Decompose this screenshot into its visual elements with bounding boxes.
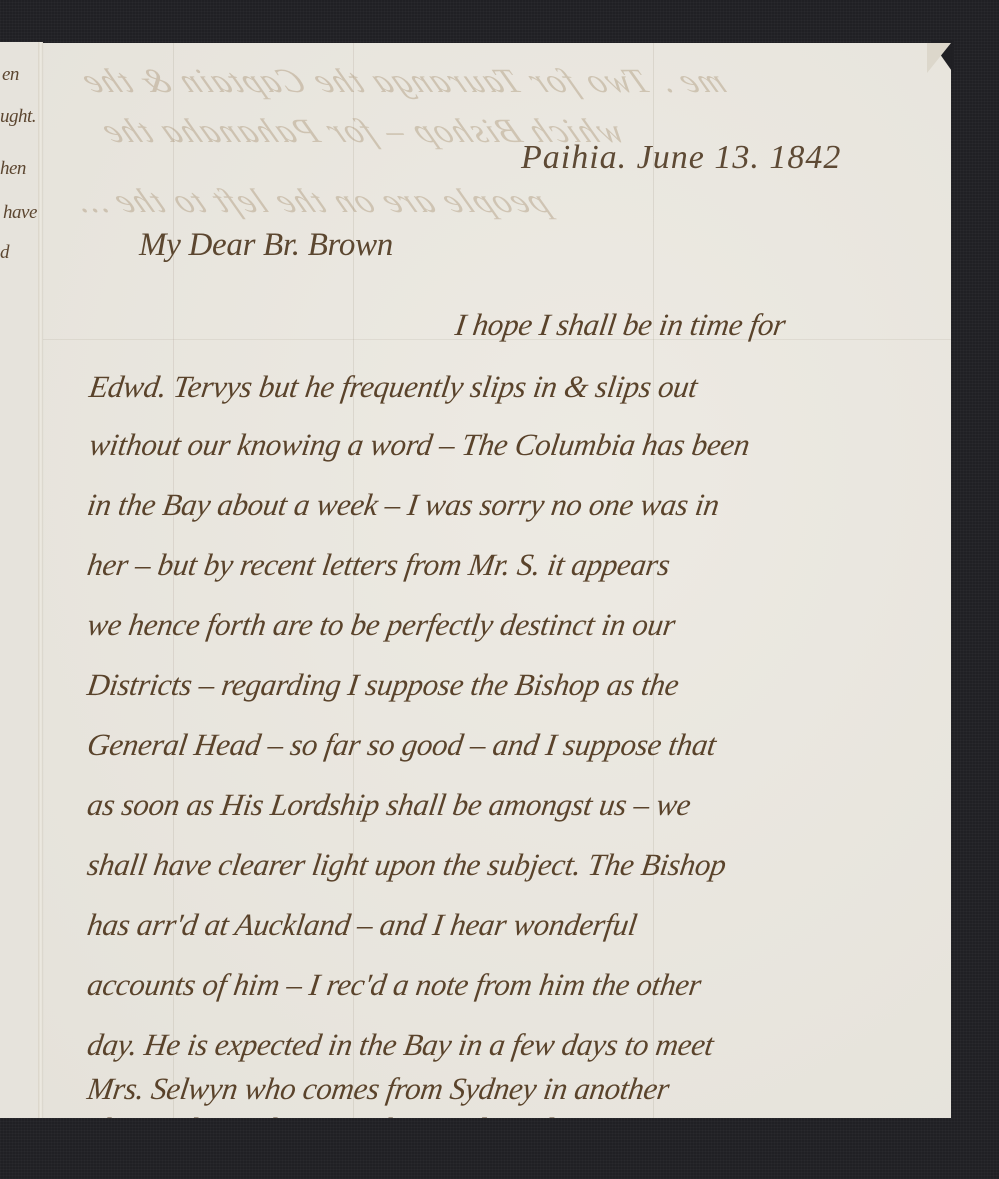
letter-line: has arr'd at Auckland – and I hear wonde… [85,907,639,943]
left-page-fragment: d [0,242,9,264]
bleed-through-text: people are on the left to the ... [63,183,556,221]
salutation: My Dear Br. Brown [139,227,393,264]
letter-line: Ship – I learn there are three ordained … [85,1111,686,1118]
left-page-fragment: ught. [0,106,36,128]
letter-line: her – but by recent letters from Mr. S. … [85,547,672,583]
letter-line: Districts – regarding I suppose the Bish… [85,667,681,703]
letter-line: Edwd. Tervys but he frequently slips in … [87,369,700,405]
letter-line: day. He is expected in the Bay in a few … [85,1027,716,1063]
left-page-fragment: hen [0,158,26,180]
page-corner-fold [927,43,951,73]
letter-line: in the Bay about a week – I was sorry no… [85,487,721,523]
letter-page: me . Two for Tauranga the Captain & the … [43,43,951,1118]
bleed-through-text: me . Two for Tauranga the Captain & the [73,63,733,101]
letter-line: shall have clearer light upon the subjec… [85,847,728,883]
letter-line: General Head – so far so good – and I su… [85,727,718,763]
left-facing-page-edge: en ught. hen t have d [0,42,40,1118]
letter-line: as soon as His Lordship shall be amongst… [85,787,693,823]
letter-line: Mrs. Selwyn who comes from Sydney in ano… [85,1071,672,1107]
left-page-fragment: en [2,64,19,86]
letter-line: without our knowing a word – The Columbi… [87,427,752,463]
left-page-fragment: t have [0,202,37,224]
letter-line: accounts of him – I rec'd a note from hi… [85,967,703,1003]
letter-line: we hence forth are to be perfectly desti… [85,607,677,643]
place-date-line: Paihia. June 13. 1842 [521,139,841,177]
letter-line: I hope I shall be in time for [453,307,788,343]
